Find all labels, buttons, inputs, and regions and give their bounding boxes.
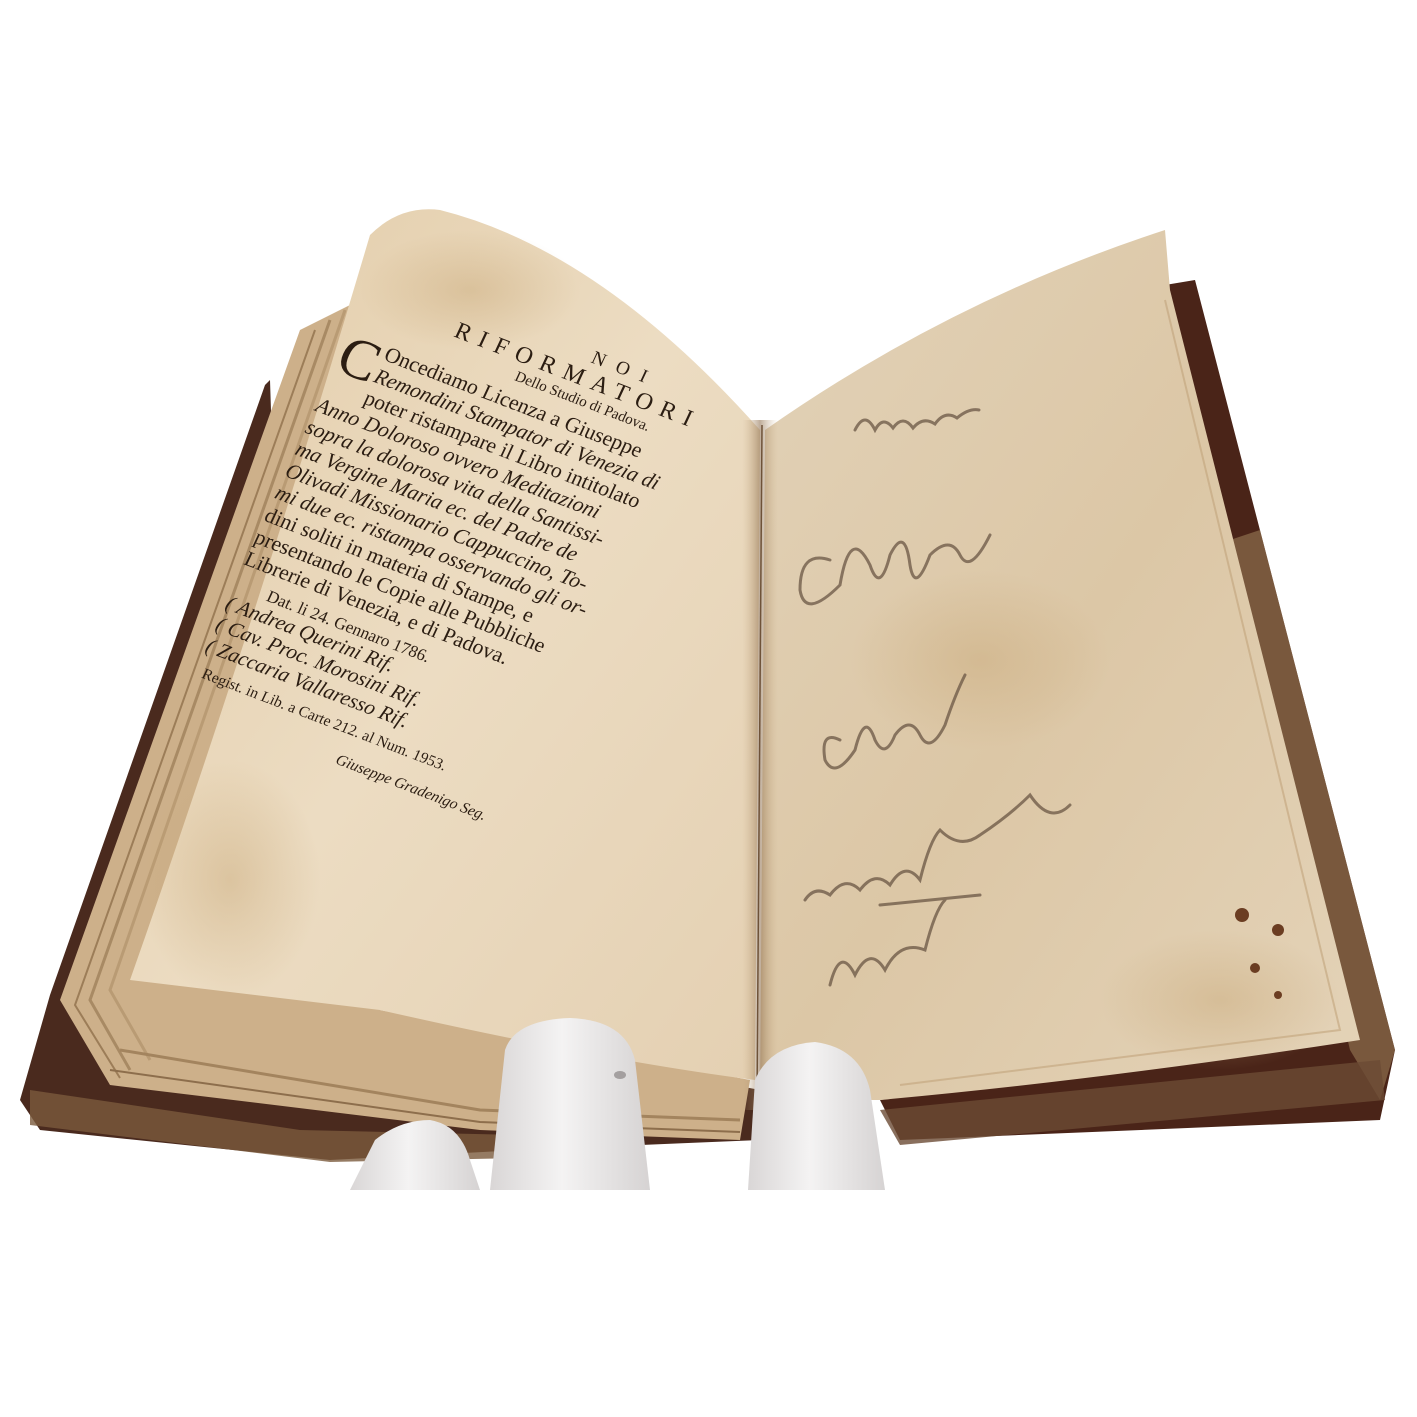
book-photograph: NOI RIFORMATORI Dello Studio di Padova. …	[0, 0, 1417, 1417]
glove-finger-left-index	[490, 1018, 650, 1190]
